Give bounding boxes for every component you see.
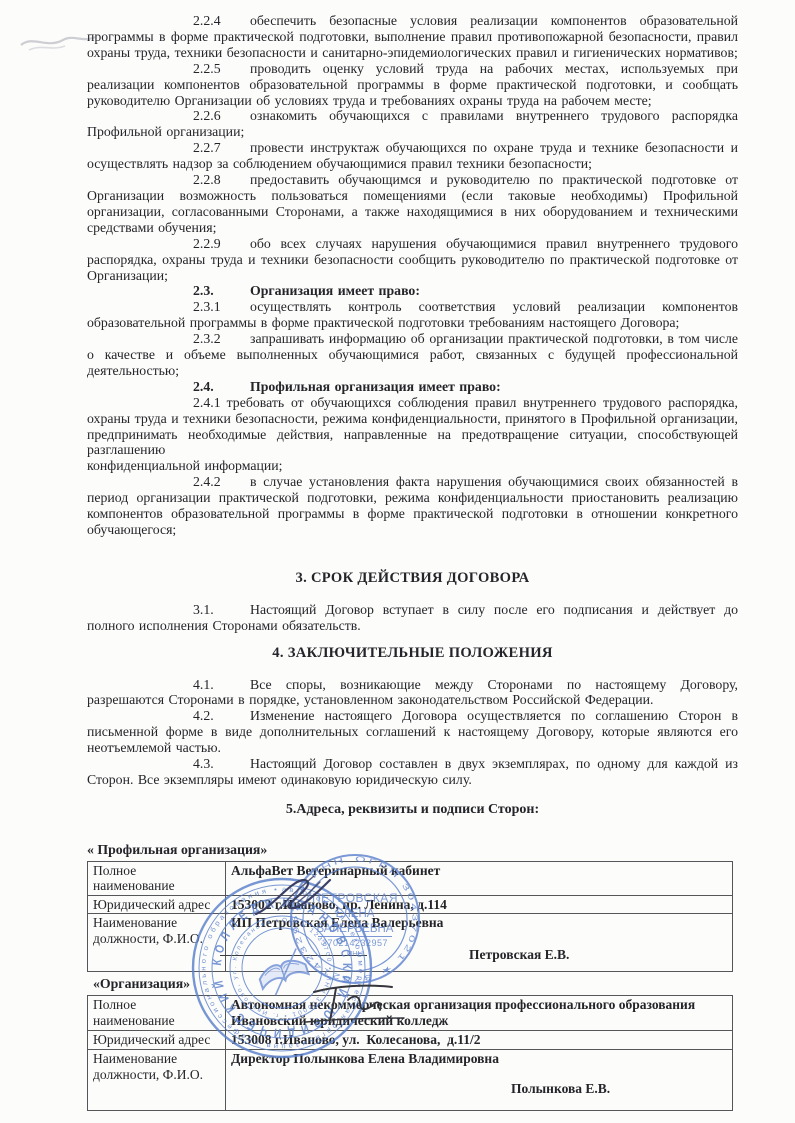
clause-paragraph: 2.2.4обеспечить безопасные условия реали… (87, 13, 738, 61)
row-label: Юридический адрес (88, 1031, 226, 1050)
clause-number: 2.4.2 (193, 474, 250, 490)
table-row: Юридический адрес153008 г.Иваново, ул. К… (88, 1031, 733, 1050)
signatory-name: Полынкова Е.В. (511, 1081, 610, 1097)
row-value: Автономная некоммерческая организация пр… (226, 996, 733, 1031)
clause-number: 2.3.2 (193, 331, 250, 347)
clause-number: 2.2.7 (193, 140, 250, 156)
table-row: Полное наименованиеАвтономная некоммерче… (88, 996, 733, 1031)
clause-number: 2.2.4 (193, 13, 250, 29)
clause-paragraph: 2.3.1осуществлять контроль соответствия … (87, 299, 738, 331)
section-heading: 4. ЗАКЛЮЧИТЕЛЬНЫЕ ПОЛОЖЕНИЯ (87, 646, 738, 662)
row-label: Юридический адрес (88, 895, 226, 914)
table-row: Наименование должности, Ф.И.О.ИП Петровс… (88, 914, 733, 972)
signatory-name: Петровская Е.В. (469, 947, 569, 963)
row-value: 153002 г.Иваново, пр. Ленина, д.114 (226, 895, 733, 914)
parties-section: « Профильная организация»Полное наименов… (87, 842, 738, 1111)
clause-number: 2.3.1 (193, 299, 250, 315)
row-label: Полное наименование (88, 996, 226, 1031)
clause-paragraph: 2.2.5проводить оценку условий труда на р… (87, 61, 738, 109)
clause-number: 2.2.5 (193, 61, 250, 77)
signature-line (220, 955, 367, 956)
clause-paragraph: 4.2.Изменение настоящего Договора осущес… (87, 708, 738, 756)
party-heading: « Профильная организация» (87, 842, 738, 858)
row-label: Полное наименование (88, 861, 226, 895)
scanned-contract-page: 2.2.4обеспечить безопасные условия реали… (0, 0, 795, 1123)
party-block: « Профильная организация»Полное наименов… (87, 842, 738, 973)
document-body: 2.2.4обеспечить безопасные условия реали… (87, 13, 738, 818)
clause-number: 3.1. (193, 602, 250, 618)
clause-paragraph: 2.2.9обо всех случаях нарушения обучающи… (87, 236, 738, 284)
clause-paragraph: 4.3.Настоящий Договор составлен в двух э… (87, 756, 738, 788)
clause-number: 4.2. (193, 708, 250, 724)
table-row: Полное наименованиеАльфаВет Ветеринарный… (88, 861, 733, 895)
party-heading: «Организация» (87, 976, 738, 992)
clause-number: 2.4.1 (193, 395, 221, 410)
row-value: АльфаВет Ветеринарный кабинет (226, 861, 733, 895)
clause-paragraph: 2.3.Организация имеет право: (87, 283, 738, 299)
row-label: Наименование должности, Ф.И.О. (88, 914, 226, 972)
clause-number: 2.4. (193, 379, 250, 395)
clause-paragraph: 2.4.1требовать от обучающихся соблюдения… (87, 395, 738, 459)
clause-number: 2.2.8 (193, 172, 250, 188)
section-heading: 3. СРОК ДЕЙСТВИЯ ДОГОВОРА (87, 571, 738, 587)
clause-paragraph: 2.2.6ознакомить обучающихся с правилами … (87, 108, 738, 140)
clause-paragraph: 2.4.Профильная организация имеет право: (87, 379, 738, 395)
row-value: Директор Полынкова Елена ВладимировнаПол… (226, 1049, 733, 1110)
clause-paragraph: 2.2.7провести инструктаж обучающихся по … (87, 140, 738, 172)
clause-number: 4.3. (193, 756, 250, 772)
party-details-table: Полное наименованиеАвтономная некоммерче… (87, 995, 733, 1111)
party-block: «Организация»Полное наименованиеАвтономн… (87, 976, 738, 1111)
clause-paragraph: 2.3.2запрашивать информацию об организац… (87, 331, 738, 379)
row-label: Наименование должности, Ф.И.О. (88, 1049, 226, 1110)
clause-number: 2.2.6 (193, 108, 250, 124)
clause-paragraph: 4.1.Все споры, возникающие между Сторона… (87, 677, 738, 709)
row-value: 153008 г.Иваново, ул. Колесанова, д.11/2 (226, 1031, 733, 1050)
clause-number: 4.1. (193, 677, 250, 693)
table-row: Юридический адрес153002 г.Иваново, пр. Л… (88, 895, 733, 914)
table-row: Наименование должности, Ф.И.О.Директор П… (88, 1049, 733, 1110)
clause-paragraph: 2.2.8предоставить обучающимся и руководи… (87, 172, 738, 236)
row-value: ИП Петровская Елена ВалерьевнаПетровская… (226, 914, 733, 972)
party-details-table: Полное наименованиеАльфаВет Ветеринарный… (87, 861, 733, 973)
clause-paragraph: 3.1.Настоящий Договор вступает в силу по… (87, 602, 738, 634)
clause-paragraph: 2.4.2в случае установления факта нарушен… (87, 474, 738, 538)
clause-number: 2.2.9 (193, 236, 250, 252)
subsection-heading: 5.Адреса, реквизиты и подписи Сторон: (87, 802, 738, 818)
document-content: 2.2.4обеспечить безопасные условия реали… (87, 13, 738, 1113)
clause-number: 2.3. (193, 283, 250, 299)
clause-continuation: конфиденциальной информации; (87, 458, 738, 474)
